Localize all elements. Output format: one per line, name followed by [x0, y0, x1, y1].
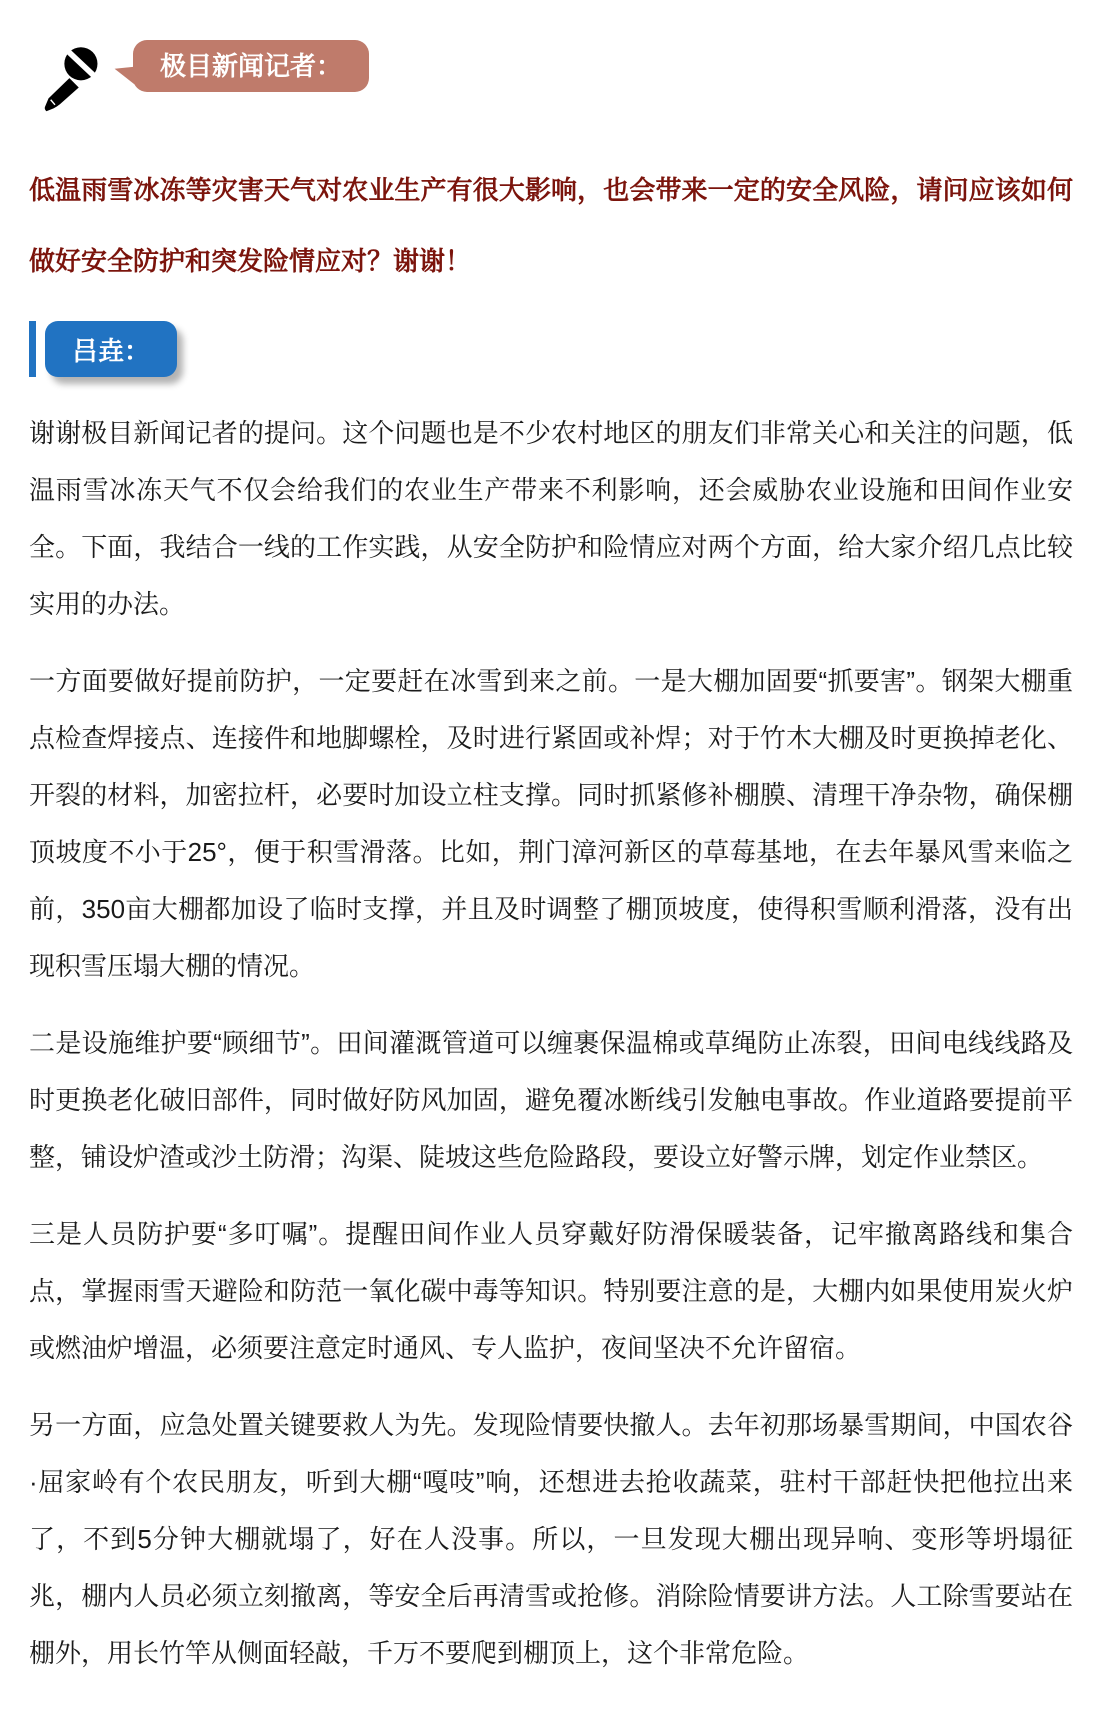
article-content: 极目新闻记者： 低温雨雪冰冻等灾害天气对农业生产有很大影响，也会带来一定的安全风…	[0, 0, 1101, 1682]
answer-paragraph-3: 二是设施维护要“顾细节”。田间灌溉管道可以缠裹保温棉或草绳防止冻裂，田间电线线路…	[29, 1015, 1073, 1186]
speaker-name-label: 吕垚：	[72, 331, 150, 368]
answer-paragraph-1: 谢谢极目新闻记者的提问。这个问题也是不少农村地区的朋友们非常关心和关注的问题，低…	[29, 405, 1073, 633]
reporter-header: 极目新闻记者：	[37, 30, 1073, 125]
reporter-badge: 极目新闻记者：	[133, 40, 369, 92]
answer-paragraph-5: 另一方面，应急处置关键要救人为先。发现险情要快撤人。去年初那场暴雪期间，中国农谷…	[29, 1397, 1073, 1682]
article-page: 极目新闻记者： 低温雨雪冰冻等灾害天气对农业生产有很大影响，也会带来一定的安全风…	[0, 0, 1101, 1731]
answer-paragraph-2: 一方面要做好提前防护，一定要赶在冰雪到来之前。一是大棚加固要“抓要害”。钢架大棚…	[29, 653, 1073, 995]
answer-body: 谢谢极目新闻记者的提问。这个问题也是不少农村地区的朋友们非常关心和关注的问题，低…	[29, 405, 1073, 1682]
reporter-badge-label: 极目新闻记者：	[160, 51, 342, 81]
microphone-icon	[37, 30, 109, 122]
speaker-name-badge: 吕垚：	[45, 321, 177, 377]
answer-paragraph-4: 三是人员防护要“多叮嘱”。提醒田间作业人员穿戴好防滑保暖装备，记牢撤离路线和集合…	[29, 1206, 1073, 1377]
speaker-accent-bar	[29, 321, 36, 377]
speaker-header: 吕垚：	[29, 321, 1073, 377]
question-text: 低温雨雪冰冻等灾害天气对农业生产有很大影响，也会带来一定的安全风险，请问应该如何…	[29, 155, 1073, 297]
